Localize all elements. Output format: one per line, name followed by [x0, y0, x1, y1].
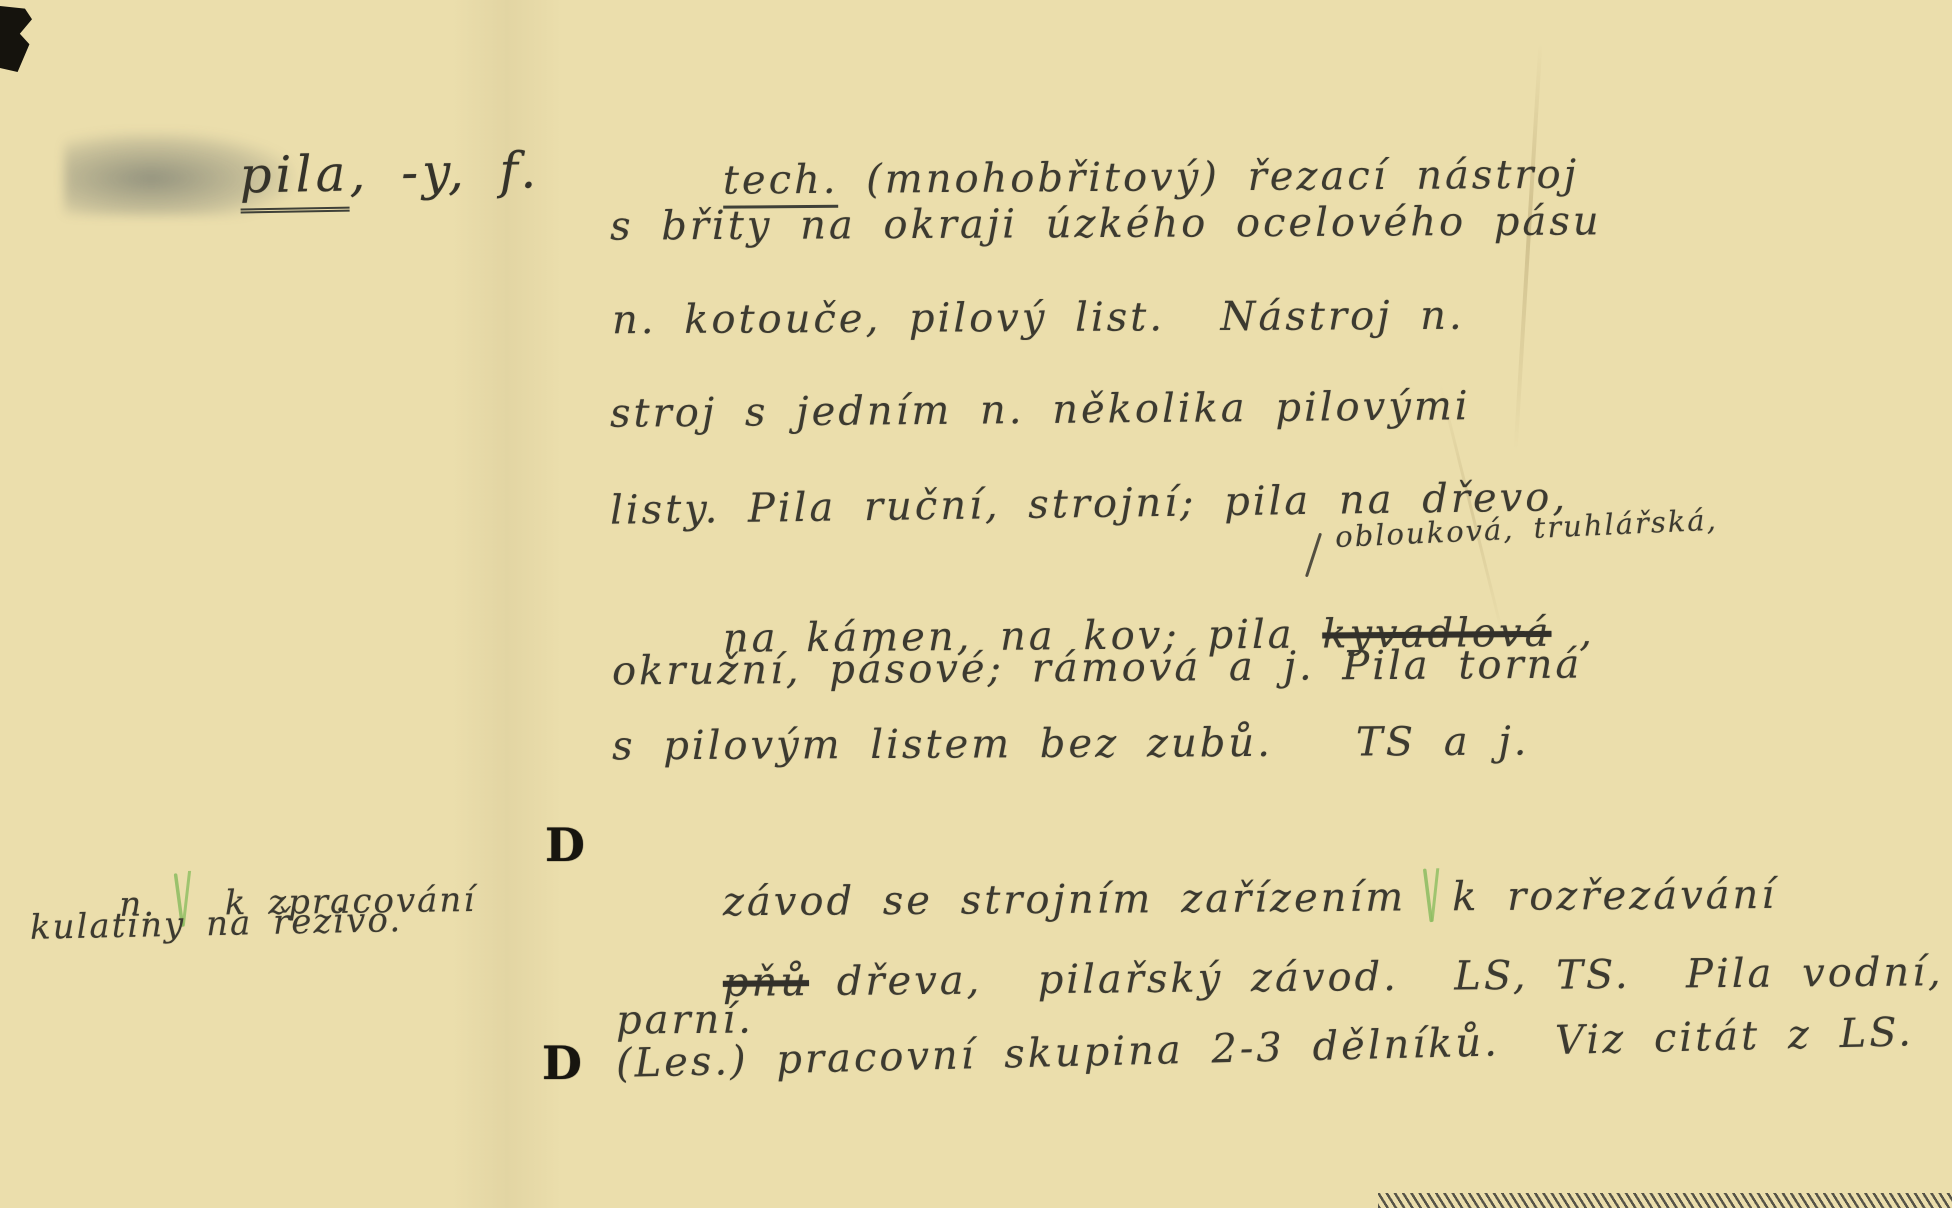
corner-ink-blot: [0, 6, 32, 72]
definition-line-7: okružní, pásové; rámová a j. Pila torná: [612, 643, 1583, 694]
sense2-line-3: parní.: [616, 998, 754, 1043]
paper-crease: [1513, 42, 1542, 451]
definition-line-3: n. kotouče, pilový list. Nástroj n.: [612, 294, 1465, 342]
bottom-edge-hatch: [1378, 1193, 1952, 1208]
headword: pila: [239, 145, 350, 214]
definition-line-8: s pilovým listem bez zubů. TS a j.: [612, 720, 1530, 769]
margin-note-line-2: kulatiny na řezivo.: [30, 902, 403, 947]
headword-morphology: , -y, f.: [349, 141, 541, 202]
sense-marker-d2: D: [542, 1036, 582, 1090]
index-card: pila, -y, f. tech. (mnohobřitový) řezací…: [0, 0, 1952, 1208]
definition-line-2: s břity na okraji úzkého ocelového pásu: [610, 199, 1602, 248]
sense2-line-2-rest: dřeva, pilařský závod. LS, TS. Pila vodn…: [809, 949, 1944, 1005]
definition-line-4: stroj s jedním n. několika pilovými: [610, 384, 1471, 436]
sense-marker-d1: D: [545, 818, 585, 872]
margin-note-line-1: n. k zpracování: [35, 830, 477, 969]
headword-entry: pila, -y, f.: [111, 88, 542, 260]
definition-line-1-text: (mnohobřitový) řezací nástroj: [838, 152, 1579, 203]
domain-label: tech.: [723, 157, 839, 209]
